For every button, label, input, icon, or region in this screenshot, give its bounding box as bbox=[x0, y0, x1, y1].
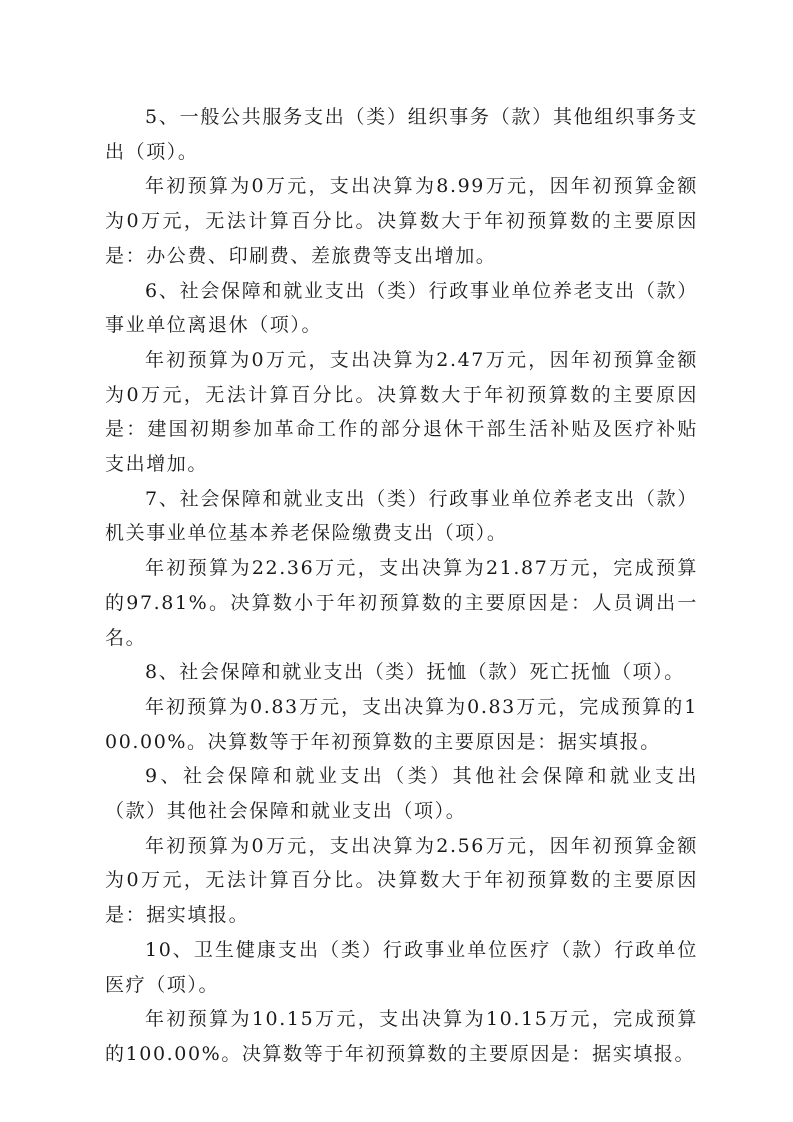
section-5-heading: 5、一般公共服务支出（类）组织事务（款）其他组织事务支出（项）。 bbox=[105, 100, 698, 169]
section-6-heading: 6、社会保障和就业支出（类）行政事业单位养老支出（款）事业单位离退休（项）。 bbox=[105, 274, 698, 343]
section-7-heading: 7、社会保障和就业支出（类）行政事业单位养老支出（款）机关事业单位基本养老保险缴… bbox=[105, 482, 698, 551]
section-8-heading: 8、社会保障和就业支出（类）抚恤（款）死亡抚恤（项）。 bbox=[105, 655, 698, 690]
section-7-body: 年初预算为22.36万元，支出决算为21.87万元，完成预算的97.81%。决算… bbox=[105, 551, 698, 655]
document-page: 5、一般公共服务支出（类）组织事务（款）其他组织事务支出（项）。 年初预算为0万… bbox=[105, 100, 698, 1072]
section-8-body: 年初预算为0.83万元，支出决算为0.83万元，完成预算的100.00%。决算数… bbox=[105, 690, 698, 759]
section-10-body: 年初预算为10.15万元，支出决算为10.15万元，完成预算的100.00%。决… bbox=[105, 1002, 698, 1071]
section-6-body: 年初预算为0万元，支出决算为2.47万元，因年初预算金额为0万元，无法计算百分比… bbox=[105, 343, 698, 482]
section-9-heading: 9、社会保障和就业支出（类）其他社会保障和就业支出（款）其他社会保障和就业支出（… bbox=[105, 759, 698, 828]
section-9-body: 年初预算为0万元，支出决算为2.56万元，因年初预算金额为0万元，无法计算百分比… bbox=[105, 829, 698, 933]
section-5-body: 年初预算为0万元，支出决算为8.99万元，因年初预算金额为0万元，无法计算百分比… bbox=[105, 169, 698, 273]
section-10-heading: 10、卫生健康支出（类）行政事业单位医疗（款）行政单位医疗（项）。 bbox=[105, 933, 698, 1002]
